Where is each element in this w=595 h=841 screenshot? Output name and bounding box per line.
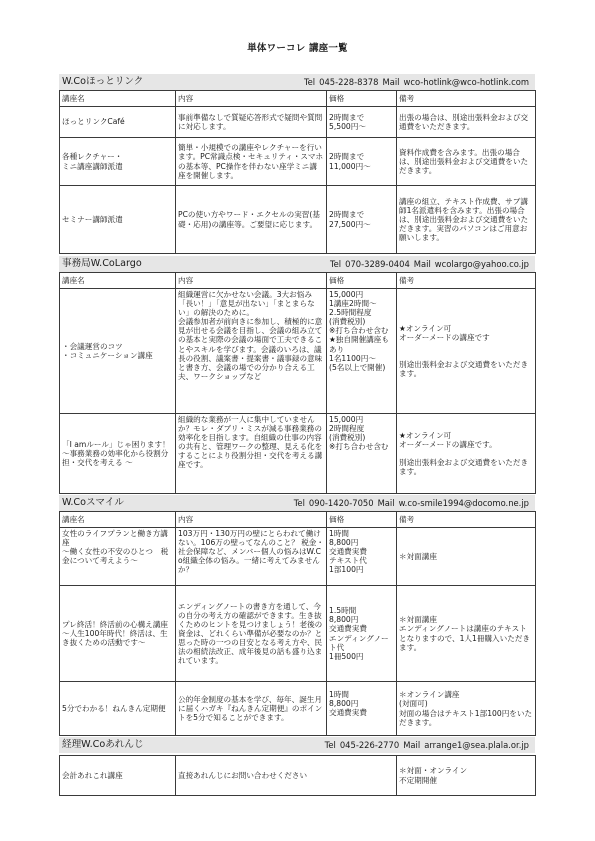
mail-address: arrange1@sea.plala.or.jp <box>424 740 529 750</box>
course-name: ほっとリンクCafé <box>60 107 176 138</box>
contact-info: Tel045-228-8378Mailwco-hotlink@wco-hotli… <box>300 74 529 90</box>
column-header-content: 内容 <box>176 512 327 528</box>
table-header-row: 講座名 内容 価格 備考 <box>60 512 536 528</box>
course-name: プレ終活！終活前の心構え講座 ～人生100年時代！終活は、生き抜くための活動です… <box>60 586 176 682</box>
mail-label: Mail <box>403 740 420 750</box>
column-header-notes: 備考 <box>397 512 536 528</box>
course-notes: ＊対面講座 エンディングノートは講座のテキストとなりますので、1人1冊購入いただ… <box>397 586 536 682</box>
section-hotlink: W.Coほっとリンク Tel045-228-8378Mailwco-hotlin… <box>59 74 535 254</box>
course-table: 講座名 内容 価格 備考 女性のライフプランと働き方講座 ～働く女性の不安のひと… <box>59 511 536 736</box>
table-row: 5分でわかる！ねんきん定期便 公的年金制度の基本を学び、毎年、誕生月に届くハガキ… <box>60 682 536 736</box>
course-name: ・会議運営のコツ ・コミュニケーション講座 <box>60 289 176 414</box>
tel-label: Tel <box>325 740 336 750</box>
course-notes: ＊対面・オンライン 不定期開催 <box>397 756 536 796</box>
section-header: W.Coスマイル Tel090-1420-7050Mailw.co-smile1… <box>59 495 535 511</box>
course-content: 簡単・小規模での講座やレクチャーを行います。PC常識点検・セキュリティ・スマホの… <box>176 138 327 186</box>
course-notes: 資料作成費を含みます。出張の場合は、別途出張料金および交通費をいただきます。 <box>397 138 536 186</box>
course-content: PCの使い方やワード・エクセルの実習(基礎・応用)の講座等。ご要望に応じます。 <box>176 186 327 254</box>
table-header-row: 講座名 内容 価格 備考 <box>60 273 536 289</box>
column-header-content: 内容 <box>176 91 327 107</box>
table-row: プレ終活！終活前の心構え講座 ～人生100年時代！終活は、生き抜くための活動です… <box>60 586 536 682</box>
course-name: 会計あれこれ講座 <box>60 756 176 796</box>
table-row: 会計あれこれ講座 直接あれんじにお問い合わせください ＊対面・オンライン 不定期… <box>60 756 536 796</box>
course-content: エンディングノートの書き方を通して、今の自分の考え方の確認ができます。生き抜くた… <box>176 586 327 682</box>
course-table: 会計あれこれ講座 直接あれんじにお問い合わせください ＊対面・オンライン 不定期… <box>59 755 536 796</box>
table-header-row: 講座名 内容 価格 備考 <box>60 91 536 107</box>
course-content: 組織運営に欠かせない会議。3大お悩み「長い！」「意見が出ない」「まとまらない」の… <box>176 289 327 414</box>
course-name: セミナー講師派遣 <box>60 186 176 254</box>
column-header-notes: 備考 <box>397 273 536 289</box>
section-arrange: 経理W.Coあれんじ Tel045-226-2770Mailarrange1@s… <box>59 737 535 796</box>
course-price: 2時間まで 11,000円～ <box>327 138 397 186</box>
table-row: 「I amルール」じゃ困ります！～事務業務の効率化から役割分担・交代を考える ～… <box>60 414 536 494</box>
contact-info: Tel070-3289-0404Mailwcolargo@yahoo.co.jp <box>326 256 529 272</box>
mail-label: Mail <box>378 498 395 508</box>
course-notes: ＊対面講座 <box>397 528 536 586</box>
contact-info: Tel090-1420-7050Mailw.co-smile1994@docom… <box>290 495 529 511</box>
tel-number: 045-226-2770 <box>340 740 399 750</box>
course-name: 各種レクチャー・ ミニ講座講師派遣 <box>60 138 176 186</box>
section-header: W.Coほっとリンク Tel045-228-8378Mailwco-hotlin… <box>59 74 535 90</box>
organization-name: W.Coスマイル <box>62 495 124 511</box>
column-header-name: 講座名 <box>60 91 176 107</box>
tel-number: 090-1420-7050 <box>309 498 374 508</box>
organization-name: 事務局W.CoLargo <box>62 256 142 272</box>
tel-label: Tel <box>294 498 305 508</box>
mail-address: wcolargo@yahoo.co.jp <box>435 259 529 269</box>
course-price: 1時間 8,800円 交通費実費 <box>327 682 397 736</box>
mail-address: wco-hotlink@wco-hotlink.com <box>404 77 530 87</box>
course-notes: ★オンライン可 オーダーメードの講座です 別途出張料金および交通費をいただきます… <box>397 289 536 414</box>
section-header: 経理W.Coあれんじ Tel045-226-2770Mailarrange1@s… <box>59 737 535 753</box>
column-header-price: 価格 <box>327 91 397 107</box>
course-price: 15,000円 2時間程度 (消費税別) ※打ち合わせ含む <box>327 414 397 494</box>
course-content: 直接あれんじにお問い合わせください <box>176 756 397 796</box>
course-price: 1.5時間 8,800円 交通費実費 エンディングノート代 1冊500円 <box>327 586 397 682</box>
tel-number: 070-3289-0404 <box>345 259 410 269</box>
organization-name: W.Coほっとリンク <box>62 74 143 90</box>
course-content: 組織的な業務が一人に集中していませんか？モレ・ダブリ・ミスが減る事務業務の効率化… <box>176 414 327 494</box>
course-content: 103万円・130万円の壁にとらわれて働けない。106万の壁ってなんのこと？ 税… <box>176 528 327 586</box>
organization-name: 経理W.Coあれんじ <box>62 737 144 753</box>
course-notes: ★オンライン可 オーダーメードの講座です。 別途出張料金および交通費をいただきま… <box>397 414 536 494</box>
contact-info: Tel045-226-2770Mailarrange1@sea.plala.or… <box>321 737 529 753</box>
table-row: ・会議運営のコツ ・コミュニケーション講座 組織運営に欠かせない会議。3大お悩み… <box>60 289 536 414</box>
table-row: ほっとリンクCafé 事前準備なしで質疑応答形式で疑問や質問に対応します。 2時… <box>60 107 536 138</box>
course-notes: 出張の場合は、別途出張料金および交通費をいただきます。 <box>397 107 536 138</box>
tel-label: Tel <box>330 259 341 269</box>
course-name: 5分でわかる！ねんきん定期便 <box>60 682 176 736</box>
course-notes: ＊オンライン講座 (対面可) 対面の場合はテキスト1部100円をいただきます。 <box>397 682 536 736</box>
course-notes: 講座の組立、テキスト作成費、サブ講師1名派遣料を含みます。出張の場合は、別途出張… <box>397 186 536 254</box>
tel-number: 045-228-8378 <box>319 77 378 87</box>
table-row: 各種レクチャー・ ミニ講座講師派遣 簡単・小規模での講座やレクチャーを行います。… <box>60 138 536 186</box>
course-name: 「I amルール」じゃ困ります！～事務業務の効率化から役割分担・交代を考える ～ <box>60 414 176 494</box>
course-price: 1時間 8,800円 交通費実費 テキスト代 1部100円 <box>327 528 397 586</box>
section-largo: 事務局W.CoLargo Tel070-3289-0404Mailwcolarg… <box>59 256 535 494</box>
table-row: セミナー講師派遣 PCの使い方やワード・エクセルの実習(基礎・応用)の講座等。ご… <box>60 186 536 254</box>
page-title: 単体ワーコレ 講座一覧 <box>0 40 595 54</box>
course-table: 講座名 内容 価格 備考 ほっとリンクCafé 事前準備なしで質疑応答形式で疑問… <box>59 90 536 254</box>
column-header-notes: 備考 <box>397 91 536 107</box>
course-table: 講座名 内容 価格 備考 ・会議運営のコツ ・コミュニケーション講座 組織運営に… <box>59 272 536 494</box>
section-smile: W.Coスマイル Tel090-1420-7050Mailw.co-smile1… <box>59 495 535 736</box>
column-header-price: 価格 <box>327 512 397 528</box>
mail-label: Mail <box>414 259 431 269</box>
course-name: 女性のライフプランと働き方講座 ～働く女性の不安のひとつ 税金について考えよう～ <box>60 528 176 586</box>
tel-label: Tel <box>304 77 315 87</box>
table-row: 女性のライフプランと働き方講座 ～働く女性の不安のひとつ 税金について考えよう～… <box>60 528 536 586</box>
column-header-content: 内容 <box>176 273 327 289</box>
section-header: 事務局W.CoLargo Tel070-3289-0404Mailwcolarg… <box>59 256 535 272</box>
column-header-name: 講座名 <box>60 512 176 528</box>
course-content: 公的年金制度の基本を学び、毎年、誕生月に届くハガキ『ねんきん定期便』のポイントを… <box>176 682 327 736</box>
course-price: 2時間まで 5,500円～ <box>327 107 397 138</box>
mail-address: w.co-smile1994@docomo.ne.jp <box>399 498 529 508</box>
course-price: 2時間まで 27,500円～ <box>327 186 397 254</box>
column-header-name: 講座名 <box>60 273 176 289</box>
mail-label: Mail <box>382 77 399 87</box>
course-price: 15,000円 1講座2時間～ 2.5時間程度 (消費税別) ※打ち合わせ含む … <box>327 289 397 414</box>
column-header-price: 価格 <box>327 273 397 289</box>
course-content: 事前準備なしで質疑応答形式で疑問や質問に対応します。 <box>176 107 327 138</box>
